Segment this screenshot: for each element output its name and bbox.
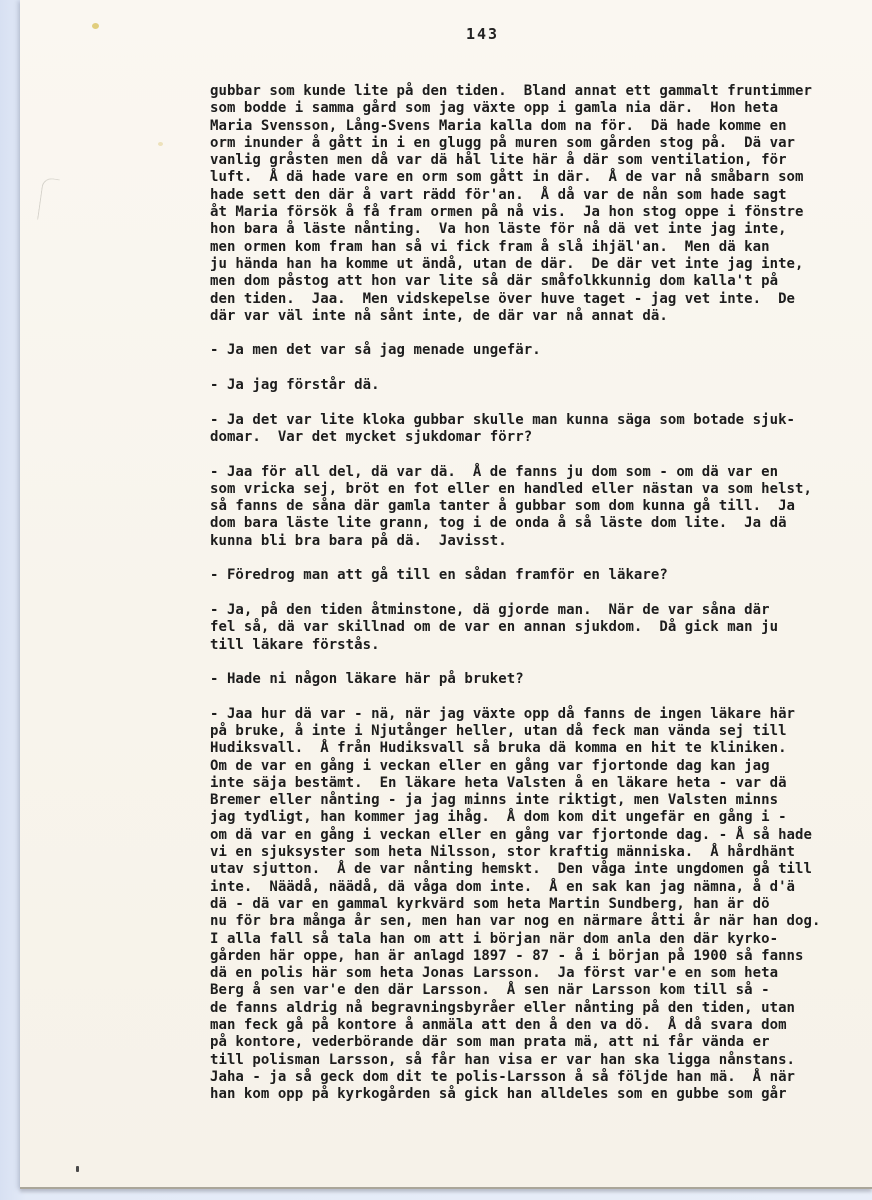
page-number: 143 (466, 25, 499, 43)
paragraph-answer-kloka-gubbar: - Jaa för all del, dä var dä. Å de fanns… (210, 464, 846, 550)
paper-crease-artifact (37, 177, 60, 222)
scan-speck-artifact (158, 142, 163, 146)
paragraph-question-foredrog: - Föredrog man att gå till en sådan fram… (210, 567, 846, 584)
paragraph-question-lakare-bruket: - Hade ni någon läkare här på bruket? (210, 671, 846, 688)
paragraph-answer-lakare: - Ja, på den tiden åtminstone, dä gjorde… (210, 602, 846, 654)
paragraph-interviewer-remark: - Ja men det var så jag menade ungefär. (210, 342, 846, 359)
paragraph-answer-long: - Jaa hur dä var - nä, när jag växte opp… (210, 706, 846, 1104)
scan-speck-artifact (76, 1166, 79, 1172)
scanned-page: 143 gubbar som kunde lite på den tiden. … (20, 0, 872, 1189)
paragraph-question-sjukdomar: - Ja det var lite kloka gubbar skulle ma… (210, 412, 846, 447)
paragraph-narrative-1: gubbar som kunde lite på den tiden. Blan… (210, 83, 846, 325)
paragraph-reply-short: - Ja jag förstår dä. (210, 377, 846, 394)
scan-speck-artifact (92, 23, 99, 29)
typewritten-text-block: gubbar som kunde lite på den tiden. Blan… (210, 83, 846, 1121)
scan-background: { "colors": { "paper": "#f8f4ec", "scan_… (0, 0, 872, 1200)
